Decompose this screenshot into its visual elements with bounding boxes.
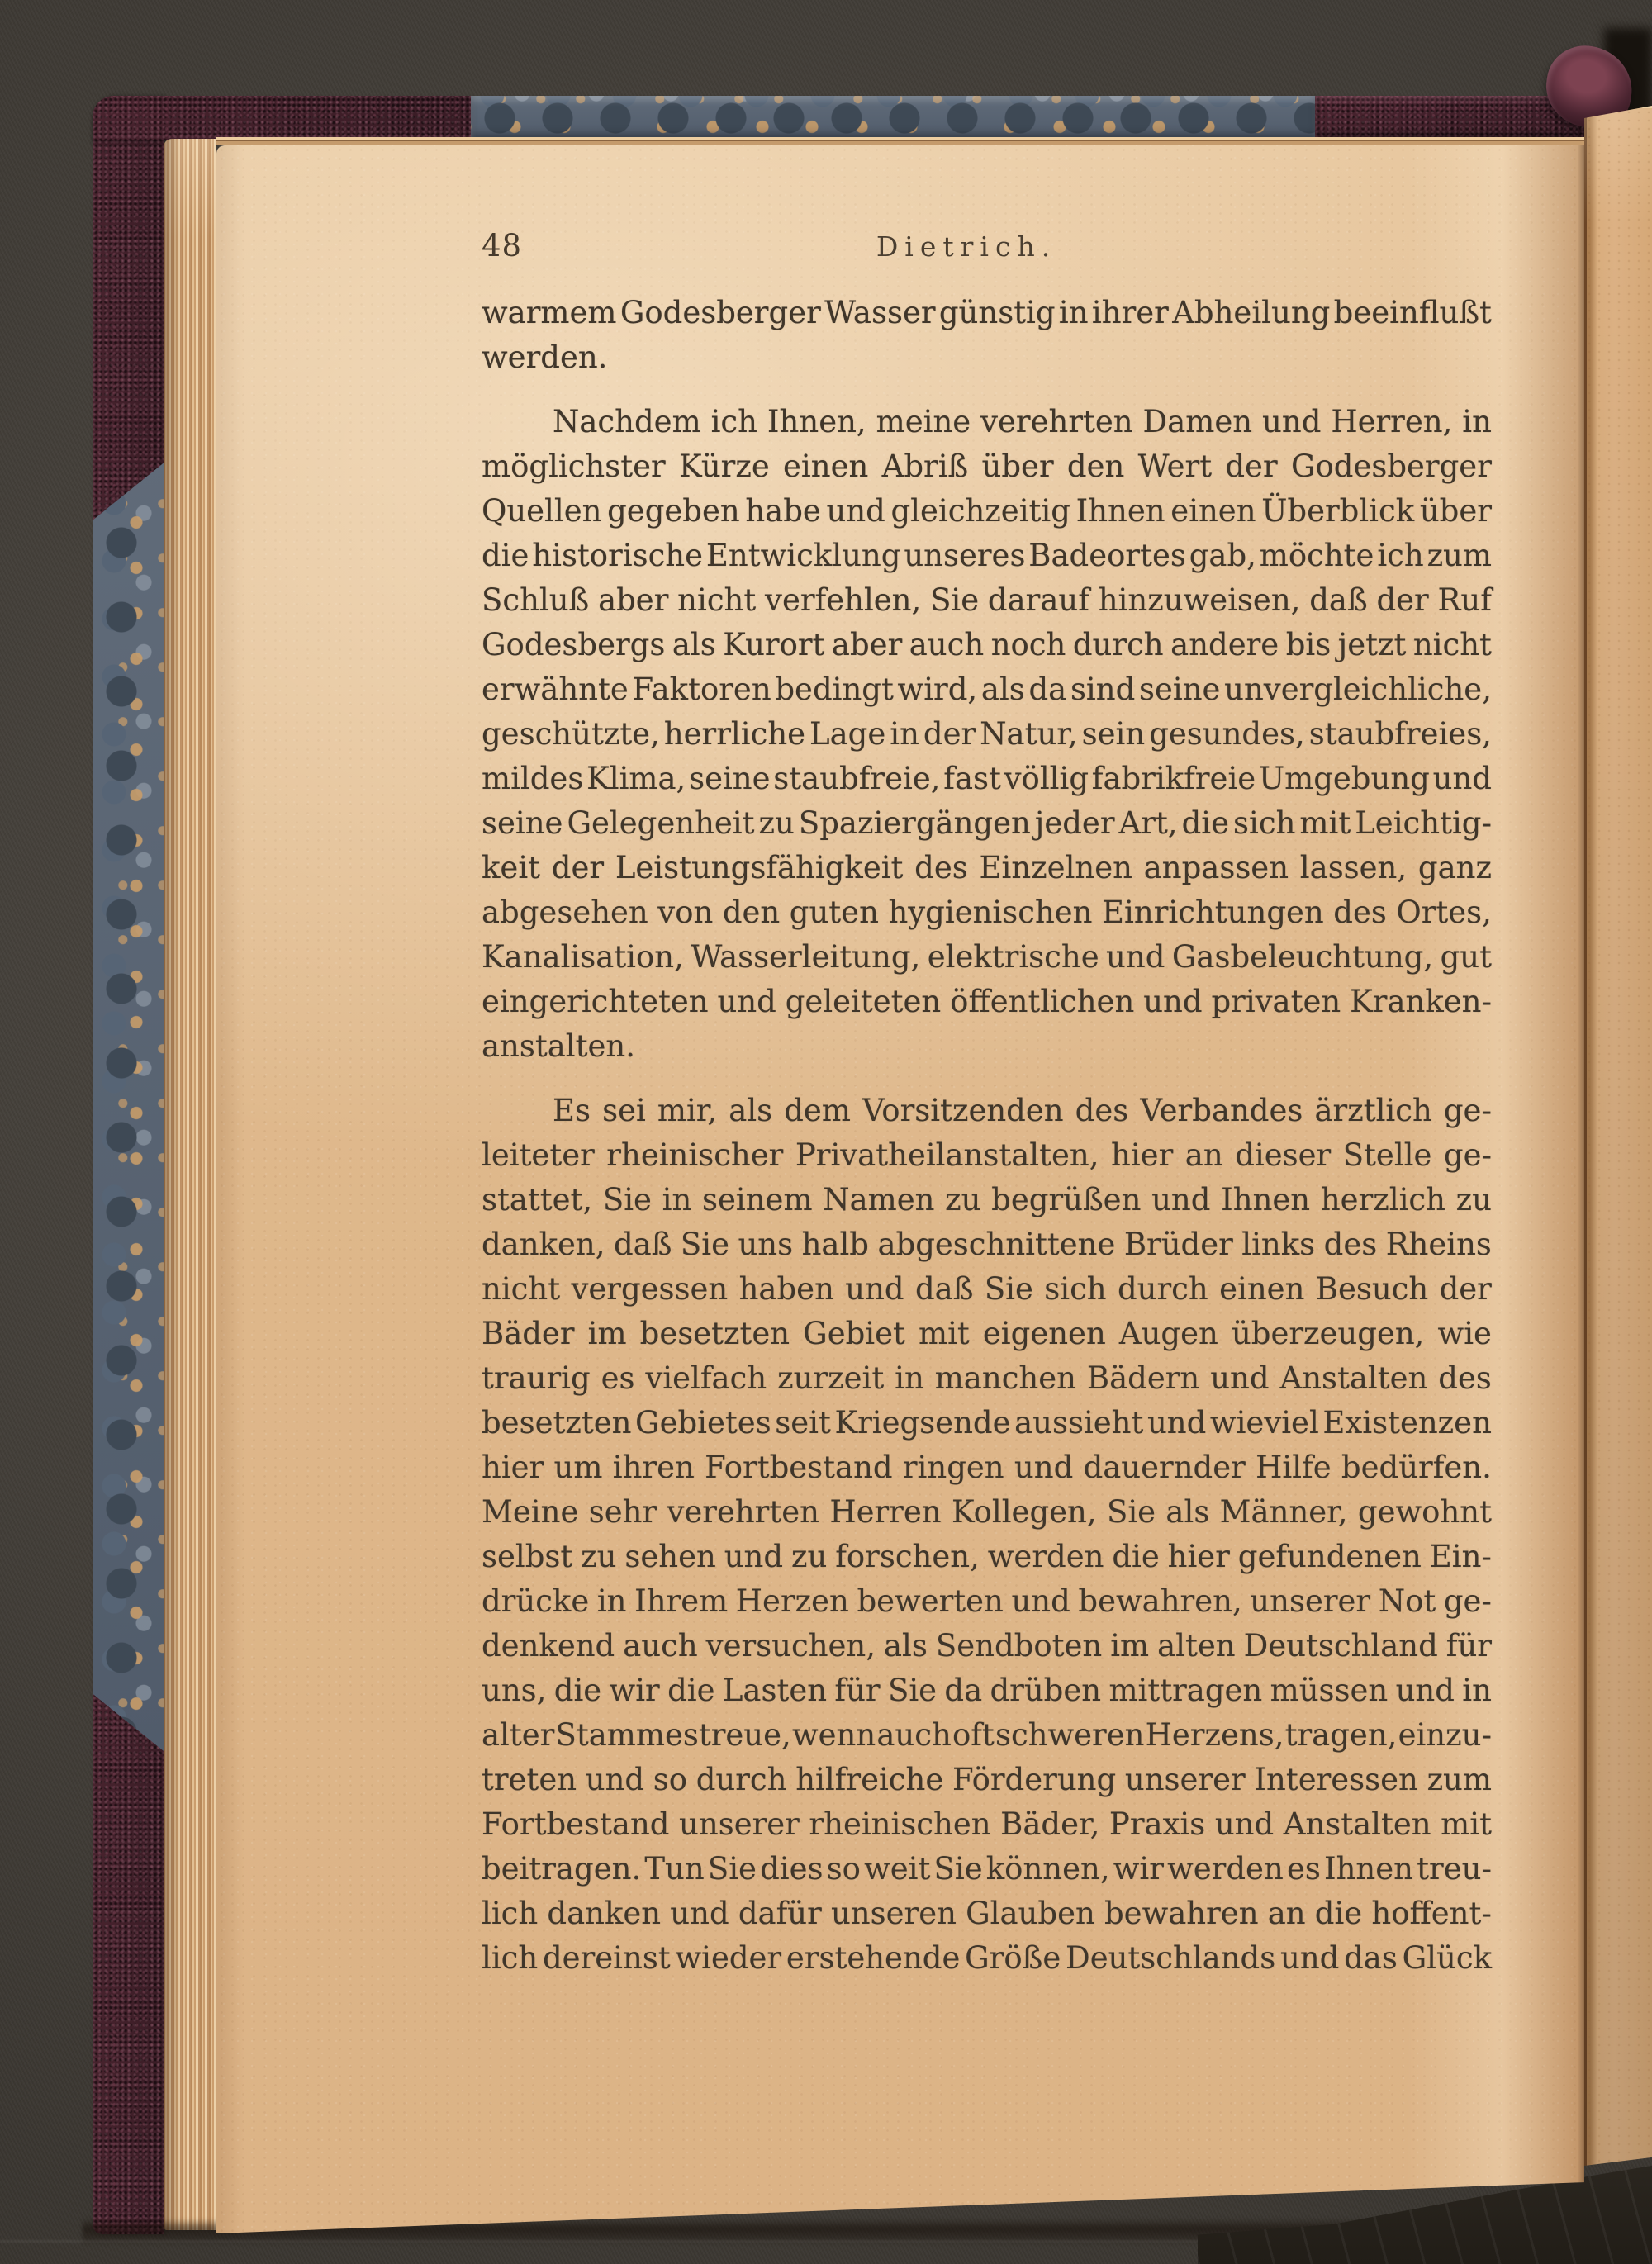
text-line: GodesbergsalsKurortaberauchnochdurchande… — [482, 623, 1492, 667]
text-line: anstalten. — [482, 1024, 1492, 1069]
text-line: traurigesvielfachzurzeitinmanchenBädernu… — [482, 1356, 1492, 1401]
text-line: erwähnteFaktorenbedingtwird,alsdasindsei… — [482, 667, 1492, 712]
page-number: 48 — [482, 228, 522, 263]
text-line: tretenundsodurchhilfreicheFörderungunser… — [482, 1758, 1492, 1802]
leather-corner-left — [93, 96, 472, 140]
text-line: Kanalisation,Wasserleitung,elektrischeun… — [482, 935, 1492, 980]
text-line: uns,diewirdieLastenfürSiedadrübenmittrag… — [482, 1668, 1492, 1713]
text-line: besetztenGebietesseitKriegsendeaussiehtu… — [482, 1401, 1492, 1445]
text-line: MeinesehrverehrtenHerrenKollegen,SiealsM… — [482, 1490, 1492, 1535]
paragraph: NachdemichIhnen,meineverehrtenDamenundHe… — [482, 400, 1492, 1069]
text-line: lichdereinstwiedererstehendeGrößeDeutsch… — [482, 1936, 1492, 1981]
text-line: Esseimir,alsdemVorsitzendendesVerbandesä… — [482, 1089, 1492, 1133]
text-line: keitderLeistungsfähigkeitdesEinzelnenanp… — [482, 846, 1492, 890]
text-line: selbstzusehenundzuforschen,werdendiehier… — [482, 1535, 1492, 1579]
marbled-cover-strip-top — [471, 96, 1317, 140]
photographed-book-scene: 48 Dietrich. warmemGodesbergerWassergüns… — [0, 0, 1652, 2264]
book-cover-left-edge — [93, 96, 164, 2234]
text-line: NachdemichIhnen,meineverehrtenDamenundHe… — [482, 400, 1492, 444]
marbled-cover-strip — [93, 446, 164, 1751]
text-line: BäderimbesetztenGebietmiteigenenAugenübe… — [482, 1312, 1492, 1356]
text-line: diehistorischeEntwicklungunseresBadeorte… — [482, 534, 1492, 578]
text-line: hierumihrenFortbestandringenunddauernder… — [482, 1445, 1492, 1490]
text-line: lichdankenunddafürunserenGlaubenbewahren… — [482, 1891, 1492, 1936]
text-line: eingerichtetenundgeleitetenöffentlichenu… — [482, 980, 1492, 1024]
background-crease — [0, 2240, 1239, 2243]
text-line: denkendauchversuchen,alsSendbotenimalten… — [482, 1624, 1492, 1668]
page-stack-top-edge — [216, 137, 1584, 145]
text-line: danken,daßSieunshalbabgeschnitteneBrüder… — [482, 1222, 1492, 1267]
paragraph: warmemGodesbergerWassergünstiginihrerAbh… — [482, 291, 1492, 380]
text-line: seineGelegenheitzuSpaziergängenjederArt,… — [482, 801, 1492, 846]
book-cover-top-edge — [93, 96, 1611, 140]
text-line: möglichsterKürzeeinenAbrißüberdenWertder… — [482, 444, 1492, 489]
adjacent-page-edge — [1584, 106, 1652, 2178]
text-line: QuellengegebenhabeundgleichzeitigIhnenei… — [482, 489, 1492, 534]
paragraph: Esseimir,alsdemVorsitzendendesVerbandesä… — [482, 1089, 1492, 1981]
text-line: abgesehenvondengutenhygienischenEinricht… — [482, 890, 1492, 935]
text-line: leiteterrheinischerPrivatheilanstalten,h… — [482, 1133, 1492, 1178]
text-line: stattet,SieinseinemNamenzubegrüßenundIhn… — [482, 1178, 1492, 1222]
page-stack-fore-edges — [164, 139, 216, 2230]
text-block: warmemGodesbergerWassergünstiginihrerAbh… — [482, 291, 1492, 1981]
text-line: nichtvergessenhabenunddaßSiesichdurchein… — [482, 1267, 1492, 1312]
text-line: mildesKlima,seinestaubfreie,fastvölligfa… — [482, 757, 1492, 801]
text-line: werden. — [482, 335, 1492, 380]
text-line: alterStammestreue,wennauchoftschwerenHer… — [482, 1713, 1492, 1758]
text-line: beitragen.TunSiediessoweitSiekönnen,wirw… — [482, 1847, 1492, 1891]
text-line: drückeinIhremHerzenbewertenundbewahren,u… — [482, 1579, 1492, 1624]
text-line: warmemGodesbergerWassergünstiginihrerAbh… — [482, 291, 1492, 335]
running-title: Dietrich. — [876, 230, 1056, 263]
text-line: FortbestandunsererrheinischenBäder,Praxi… — [482, 1802, 1492, 1847]
page-header: 48 Dietrich. — [482, 228, 1492, 268]
text-line: Schlußabernichtverfehlen,Siedaraufhinzuw… — [482, 578, 1492, 623]
text-line: geschützte,herrlicheLageinderNatur,seing… — [482, 712, 1492, 757]
